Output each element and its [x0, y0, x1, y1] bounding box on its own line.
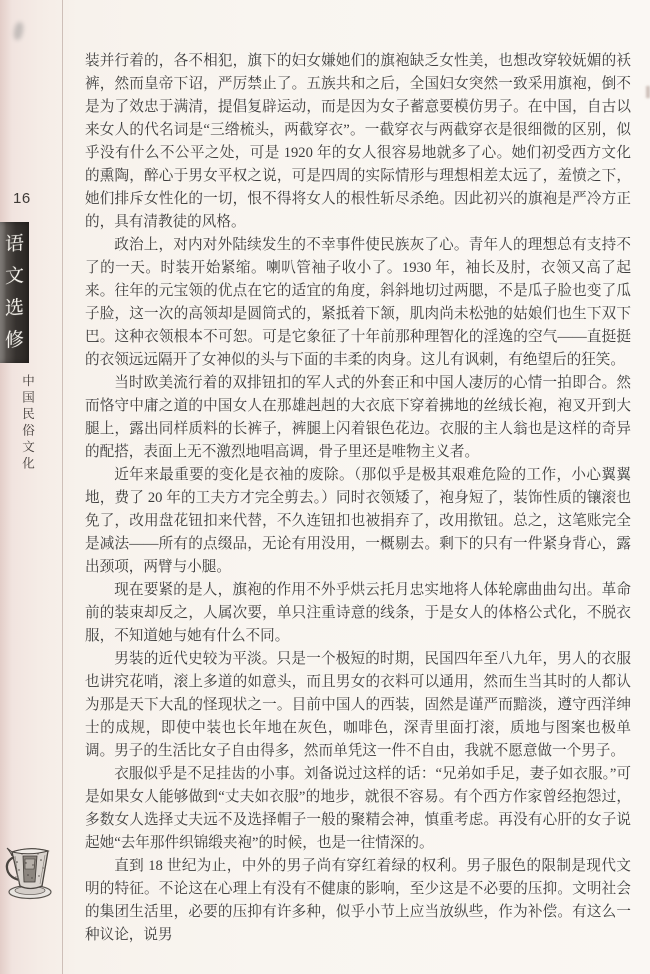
page-number: 16 [13, 190, 31, 207]
series-subtitle: 中国民俗文化 [21, 374, 34, 473]
paragraph-1: 装并行着的，各不相犯，旗下的妇女嫌她们的旗袍缺乏女性美，也想改穿较妩媚的袄裤，然… [85, 50, 631, 234]
banner-char-yu: 语 [5, 235, 24, 256]
margin-rule [62, 0, 63, 974]
scan-smudge [13, 21, 24, 40]
book-page: 16 语 文 选 修 中国民俗文化 装并行着的，各不相犯，旗下 [0, 0, 650, 974]
banner-char-xuan: 选 [5, 298, 24, 319]
paragraph-6: 男装的近代史较为平淡。只是一个极短的时期，民国四年至八九年，男人的衣服也讲究花哨… [85, 648, 631, 763]
series-banner: 语 文 选 修 [0, 222, 29, 363]
paragraph-5: 现在要紧的是人，旗袍的作用不外乎烘云托月忠实地将人体轮廓曲曲勾出。革命前的装束却… [85, 579, 631, 648]
spine-shading [0, 0, 12, 974]
paragraph-2: 政治上，对内对外陆续发生的不幸事件使民族灰了心。青年人的理想总有支持不了的一天。… [85, 234, 631, 372]
essay-text: 装并行着的，各不相犯，旗下的妇女嫌她们的旗袍缺乏女性美，也想改穿较妩媚的袄裤，然… [85, 50, 631, 947]
paragraph-3: 当时欧美流行着的双排钮扣的军人式的外套正和中国人凄厉的心情一拍即合。然而恪守中庸… [85, 372, 631, 464]
jug-illustration-icon [3, 842, 53, 900]
banner-char-xiu: 修 [5, 330, 24, 351]
paragraph-4: 近年来最重要的变化是衣袖的废除。（那似乎是极其艰难危险的工作，小心翼翼地，费了 … [85, 464, 631, 579]
paragraph-7: 衣服似乎是不足挂齿的小事。刘备说过这样的话：“兄弟如手足，妻子如衣服。”可是如果… [85, 763, 631, 855]
scan-edge-artifact [646, 86, 650, 98]
banner-char-wen: 文 [5, 266, 24, 287]
paragraph-8: 直到 18 世纪为止，中外的男子尚有穿红着绿的权利。男子服色的限制是现代文明的特… [85, 855, 631, 947]
